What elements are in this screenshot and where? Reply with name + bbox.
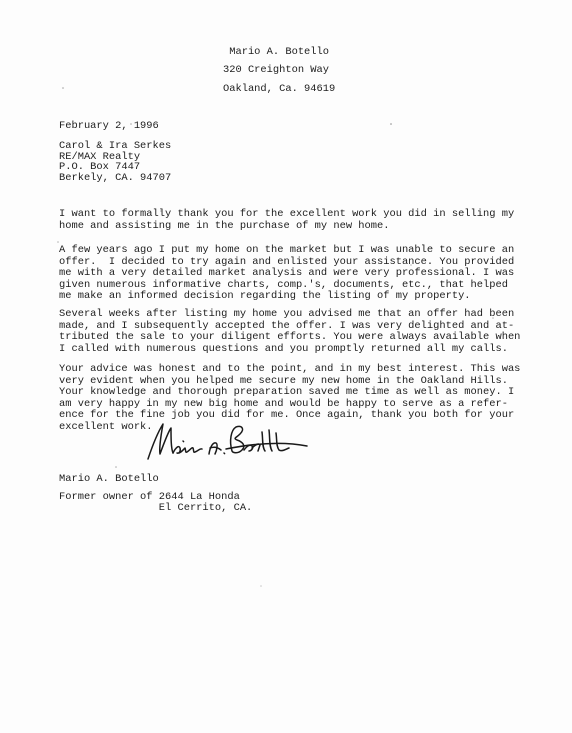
- body-paragraph-2: A few years ago I put my home on the mar…: [59, 245, 514, 303]
- signature-scrawl: [231, 426, 244, 452]
- signature-scrawl: [244, 430, 289, 451]
- scanned-letter-page: Mario A. Botello 320 Creighton Way Oakla…: [0, 0, 572, 733]
- recipient-address-block: Carol & Ira Serkes RE/MAX Realty P.O. Bo…: [59, 141, 171, 184]
- signature-scrawl: [209, 443, 225, 454]
- signature-scrawl: [148, 424, 173, 459]
- signature-scrawl: [173, 447, 202, 454]
- former-owner-block: Former owner of 2644 La Honda El Cerrito…: [59, 492, 252, 514]
- sender-address-block: Mario A. Botello 320 Creighton Way Oakla…: [223, 43, 335, 98]
- signature-scrawl: [183, 441, 184, 442]
- closing-typed-name: Mario A. Botello: [59, 474, 159, 486]
- body-paragraph-1: I want to formally thank you for the exc…: [59, 209, 514, 232]
- handwritten-signature-icon: [146, 420, 310, 464]
- scan-noise-specks: [0, 0, 2, 2]
- signature-scrawl: [226, 443, 307, 449]
- body-paragraph-3: Several weeks after listing my home you …: [59, 309, 520, 355]
- date-line: February 2, 1996: [59, 121, 159, 133]
